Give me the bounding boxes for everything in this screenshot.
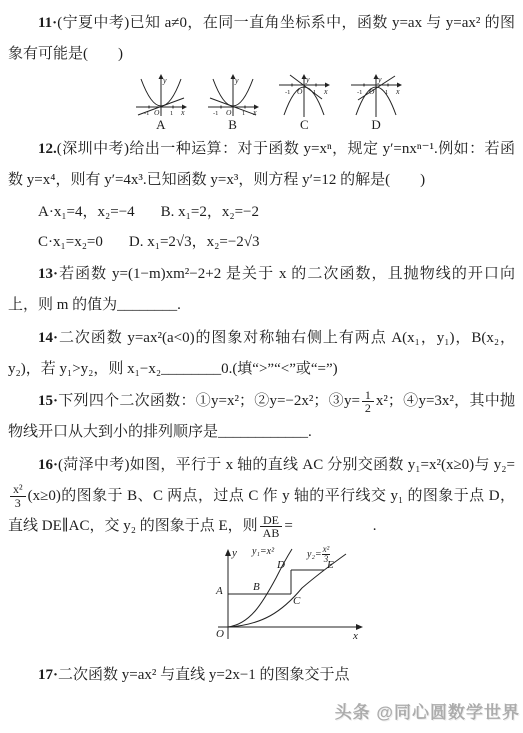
problem-15-text: 下列四个二次函数：①y=x²；②y=−2x²；③y= (58, 393, 360, 409)
point-a-label: A (216, 586, 223, 597)
choice-c-letter: C (277, 118, 331, 132)
problem-12-options-cd: C·x₁=x₂=0D. x₁=2√3，x₂=−2√3 (8, 227, 515, 257)
problem-16-period: . (373, 518, 377, 534)
fraction-numerator: 1 (362, 389, 374, 403)
choice-d-letter: D (349, 118, 403, 132)
problem-13: 13·若函数 y=(1−m)xm²−2+2 是关于 x 的二次函数，且抛物线的开… (8, 259, 515, 321)
problem-11-number: 11· (38, 15, 57, 31)
problem-13-answer-blank: ________ (117, 297, 177, 313)
y-axis-arrow-icon (225, 549, 231, 556)
curve-y1-label: y₁=x² (252, 547, 274, 557)
choice-figure-c: y x O -1 1 C (277, 73, 331, 132)
tick-label-pos1: 1 (242, 110, 245, 117)
problem-11-text: (宁夏中考)已知 a≠0，在同一直角坐标系中，函数 y=ax 与 y=ax² 的… (8, 15, 515, 62)
problem-13-text: 若函数 y=(1−m)xm²−2+2 是关于 x 的二次函数，且抛物线的开口向上… (8, 266, 515, 313)
problem-16-number: 16· (38, 457, 58, 473)
worksheet-page: 11·(宁夏中考)已知 a≠0，在同一直角坐标系中，函数 y=ax 与 y=ax… (0, 0, 523, 691)
origin-label: O (216, 629, 224, 640)
fraction-denominator: 3 (322, 555, 331, 564)
problem-16-equals: = (284, 518, 292, 534)
problem-17-text: 二次函数 y=ax² 与直线 y=2x−1 的图象交于点 (58, 667, 350, 683)
fraction-one-half: 12 (362, 389, 374, 415)
problem-12-options-ab: A·x₁=4，x₂=−4B. x₁=2，x₂=−2 (8, 197, 515, 227)
tick-label-neg1: -1 (144, 110, 149, 117)
problem-12-text: (深圳中考)给出一种运算：对于函数 y=xⁿ，规定 y′=nxⁿ⁻¹.例如：若函… (8, 141, 515, 188)
fraction-denominator: 2 (362, 402, 374, 415)
problem-15-period: . (308, 424, 312, 440)
option-a: A·x₁=4，x₂=−4 (38, 204, 135, 220)
tick-label-neg1: -1 (285, 89, 290, 96)
choice-figure-b: y x O -1 1 B (206, 73, 260, 132)
choice-a-letter: A (134, 118, 188, 132)
problem-11: 11·(宁夏中考)已知 a≠0，在同一直角坐标系中，函数 y=ax 与 y=ax… (8, 8, 515, 70)
tick-label-pos1: 1 (385, 89, 388, 96)
x-axis-label: x (323, 87, 328, 96)
x-axis-label: x (353, 631, 358, 642)
curve-y2-label-prefix: y₂= (307, 549, 322, 560)
watermark: 头条 @同心圆数学世界 (335, 698, 520, 723)
problem-13-number: 13· (38, 266, 58, 282)
curve-y2-label: y₂=x²3 (307, 545, 330, 565)
fraction-denominator: 3 (10, 497, 26, 510)
problem-17: 17·二次函数 y=ax² 与直线 y=2x−1 的图象交于点 (8, 660, 515, 691)
problem-14-answer-blank: ________ (161, 361, 221, 377)
problem-14: 14·二次函数 y=ax²(a<0)的图象对称轴右侧上有两点 A(x₁，y₁)，… (8, 323, 515, 385)
choice-figure-a: y x O -1 1 A (134, 73, 188, 132)
problem-12: 12.(深圳中考)给出一种运算：对于函数 y=xⁿ，规定 y′=nxⁿ⁻¹.例如… (8, 134, 515, 196)
y-axis-label: y (232, 548, 237, 559)
problem-15-number: 15· (38, 393, 58, 409)
problem-12-number: 12. (38, 141, 57, 157)
fraction-x-squared-over-3: x²3 (10, 483, 26, 509)
origin-label: O (369, 87, 375, 96)
problem-16-figure: y x O A B C D E y₁=x² y₂=x²3 (206, 544, 381, 656)
problem-15: 15·下列四个二次函数：①y=x²；②y=−2x²；③y=12x²；④y=3x²… (8, 386, 515, 448)
problem-14-text-tail: 0.(填“>”“<”或“=”) (221, 361, 338, 377)
problem-17-number: 17· (38, 667, 58, 683)
problem-15-answer-blank: ____________ (218, 424, 308, 440)
x-axis-label: x (252, 108, 257, 117)
choice-c-graph: y x O -1 1 (277, 73, 331, 117)
problem-11-choice-graphs: y x O -1 1 A y x O -1 1 (8, 73, 515, 132)
option-c: C·x₁=x₂=0 (38, 234, 103, 250)
choice-a-graph: y x O -1 1 (134, 73, 188, 117)
problem-13-period: . (177, 297, 181, 313)
fraction-numerator: DE (260, 514, 283, 528)
y-axis-label: y (305, 75, 310, 84)
point-b-label: B (253, 582, 260, 593)
tick-label-pos1: 1 (313, 89, 316, 96)
y-axis-label: y (234, 76, 239, 85)
point-c-label: C (293, 596, 300, 607)
choice-b-graph: y x O -1 1 (206, 73, 260, 117)
choice-b-letter: B (206, 118, 260, 132)
origin-label: O (226, 108, 232, 117)
choice-figure-d: y x O -1 1 D (349, 73, 403, 132)
option-b: B. x₁=2，x₂=−2 (161, 204, 259, 220)
origin-label: O (297, 87, 303, 96)
y-axis-label: y (162, 76, 167, 85)
problem-14-number: 14· (38, 330, 58, 346)
option-d: D. x₁=2√3，x₂=−2√3 (129, 234, 260, 250)
fraction-x-squared-over-3: x²3 (322, 545, 331, 565)
problem-16-text: (菏泽中考)如图，平行于 x 轴的直线 AC 分别交函数 y₁=x²(x≥0)与… (58, 457, 515, 473)
point-d-label: D (277, 560, 285, 571)
origin-label: O (154, 108, 160, 117)
x-axis-label: x (180, 108, 185, 117)
fraction-denominator: AB (260, 527, 283, 540)
tick-label-pos1: 1 (170, 110, 173, 117)
fraction-de-over-ab: DEAB (260, 514, 283, 540)
x-axis-label: x (395, 87, 400, 96)
tick-label-neg1: -1 (213, 110, 218, 117)
y-axis-label: y (377, 75, 382, 84)
problem-16: 16·(菏泽中考)如图，平行于 x 轴的直线 AC 分别交函数 y₁=x²(x≥… (8, 450, 515, 542)
choice-d-graph: y x O -1 1 (349, 73, 403, 117)
fraction-numerator: x² (10, 483, 26, 497)
tick-label-neg1: -1 (357, 89, 362, 96)
